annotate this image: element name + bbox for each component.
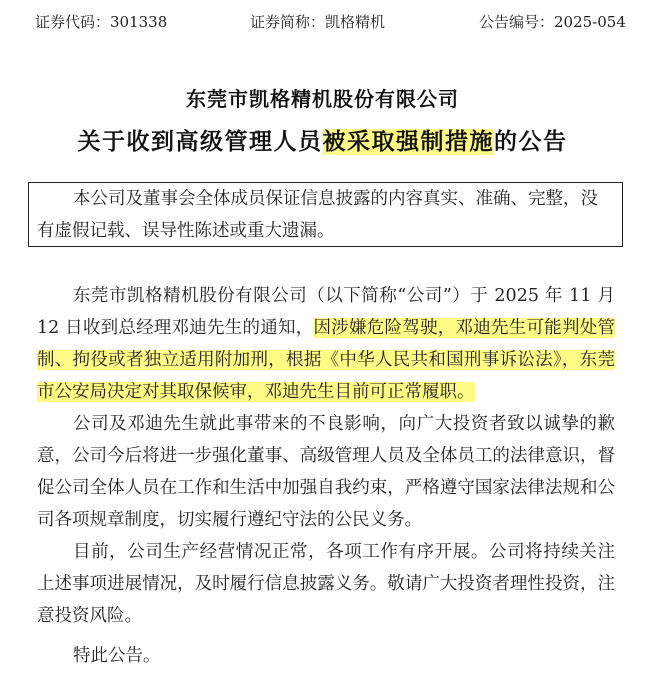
paragraph-operations: 目前，公司生产经营情况正常，各项工作有序开展。公司将持续关注上述事项进展情况，及… (37, 536, 615, 632)
disclaimer-box: 本公司及董事会全体成员保证信息披露的内容真实、准确、完整，没有虚假记载、误导性陈… (28, 182, 623, 247)
paragraph-apology: 公司及邓迪先生就此事带来的不良影响，向广大投资者致以诚挚的歉意，公司今后将进一步… (37, 408, 615, 536)
paragraph-notification: 东莞市凯格精机股份有限公司（以下简称“公司”）于 2025 年 11 月 12 … (37, 280, 615, 408)
closing-statement: 特此公告。 (37, 640, 615, 672)
document-header: 证券代码：301338 证券简称：凯格精机 公告编号：2025-054 (0, 10, 645, 34)
stock-code: 证券代码：301338 (35, 10, 167, 34)
announcement-number: 公告编号：2025-054 (479, 10, 626, 34)
title-highlight: 被采取强制措施 (323, 129, 495, 155)
title-text-pre: 关于收到高级管理人员 (78, 129, 323, 155)
announcement-title: 关于收到高级管理人员被采取强制措施的公告 (0, 125, 645, 159)
stock-abbreviation: 证券简称：凯格精机 (250, 10, 385, 34)
company-name-title: 东莞市凯格精机股份有限公司 (0, 84, 645, 114)
title-text-post: 的公告 (494, 129, 568, 155)
disclaimer-text: 本公司及董事会全体成员保证信息披露的内容真实、准确、完整，没有虚假记载、误导性陈… (37, 183, 614, 247)
